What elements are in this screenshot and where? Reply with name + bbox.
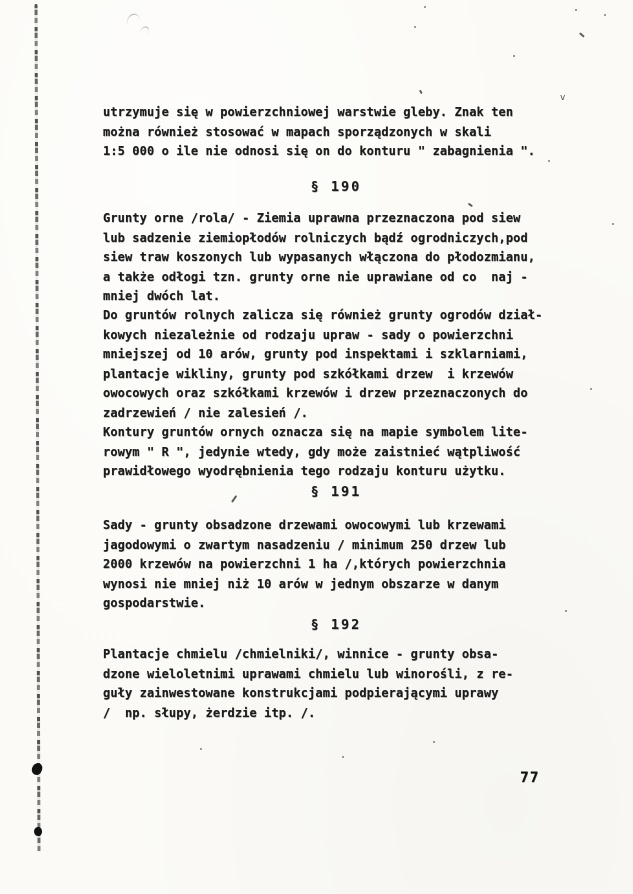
paragraph-intro: utrzymuje się w powierzchniowej warstwie… [103,103,535,162]
dust-speck [414,26,416,28]
dust-speck [424,6,426,8]
stray-mark [579,32,585,37]
dust-speck [433,741,435,743]
dust-speck [590,388,592,390]
paragraph-191-definition: Sady - grunty obsadzone drzewami owocowy… [103,516,506,614]
section-heading-190: § 190 [103,179,553,195]
stray-mark [419,90,422,94]
paragraph-192-definition: Plantacje chmielu /chmielniki/, winnice … [103,645,513,723]
paragraph-190-details: Do gruntów rolnych zalicza się również g… [103,306,542,482]
ink-blot [33,826,42,836]
dust-speck [200,748,202,750]
scanned-document-page: v utrzymuje się w powierzchniowej warstw… [0,0,633,894]
paragraph-190-definition: Grunty orne /rola/ - Ziemia uprawna prze… [103,209,535,307]
dust-speck [575,9,577,11]
section-heading-192: § 192 [103,617,553,633]
dust-speck [548,160,550,162]
pencil-mark [125,12,141,25]
ink-blot [30,762,43,777]
section-heading-191: § 191 [103,484,553,500]
pencil-mark [139,25,151,37]
page-number: 77 [520,770,539,786]
dust-speck [565,610,567,612]
dust-speck [612,223,614,225]
stray-mark [468,203,473,207]
dust-speck [604,14,606,16]
dust-speck [513,55,515,57]
binding-edge-artifact [35,4,41,852]
stray-mark: v [560,93,565,103]
dust-speck [342,756,344,758]
